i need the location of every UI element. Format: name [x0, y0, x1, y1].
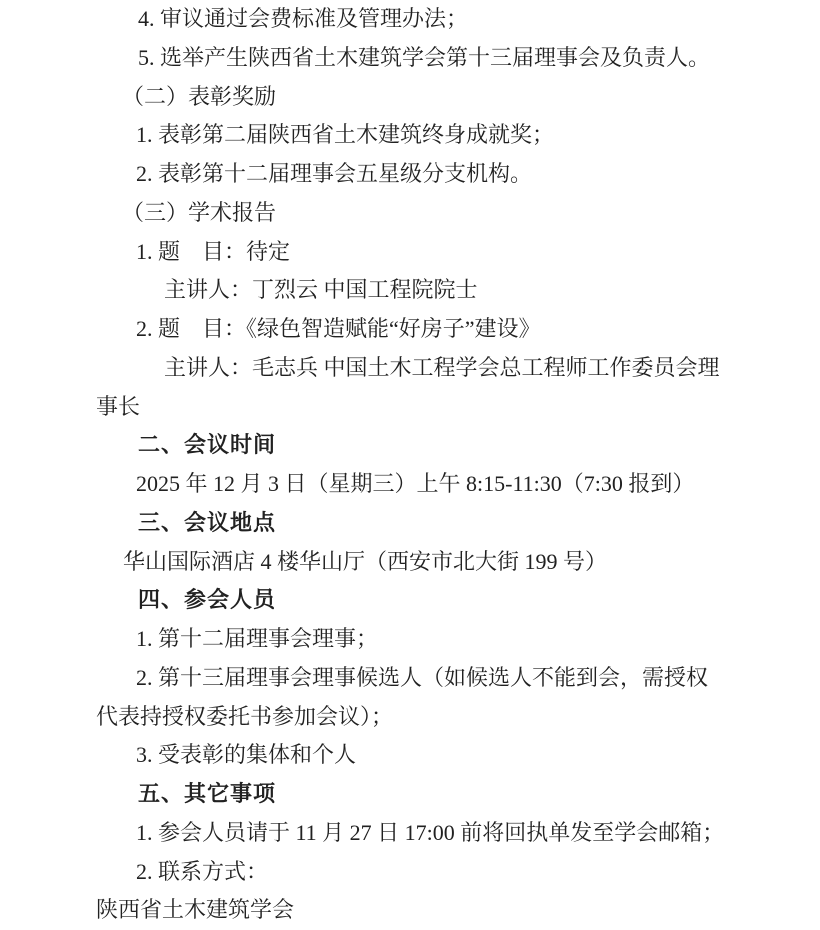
document-line: 主讲人：毛志兵 中国土木工程学会总工程师工作委员会理 [96, 349, 760, 388]
document-line: 1. 第十二届理事会理事； [96, 620, 760, 659]
document-line: 陕西省土木建筑学会 [96, 891, 760, 930]
document-line: 3. 受表彰的集体和个人 [96, 736, 760, 775]
document-line: 1. 参会人员请于 11 月 27 日 17:00 前将回执单发至学会邮箱； [96, 814, 760, 853]
document-line: 华山国际酒店 4 楼华山厅（西安市北大街 199 号） [96, 543, 760, 582]
document-line: 代表持授权委托书参加会议）； [96, 698, 760, 737]
document-line: （三）学术报告 [96, 194, 760, 233]
document-line: 2. 联系方式： [96, 853, 760, 892]
document-line: 2. 表彰第十二届理事会五星级分支机构。 [96, 155, 760, 194]
document-line: 三、会议地点 [96, 504, 760, 543]
document-line: 主讲人：丁烈云 中国工程院院士 [96, 271, 760, 310]
document-line: 1. 表彰第二届陕西省土木建筑终身成就奖； [96, 116, 760, 155]
document-line: 事长 [96, 388, 760, 427]
document-line: 5. 选举产生陕西省土木建筑学会第十三届理事会及负责人。 [96, 39, 760, 78]
document-page: 4. 审议通过会费标准及管理办法；5. 选举产生陕西省土木建筑学会第十三届理事会… [0, 0, 820, 930]
document-line: 2025 年 12 月 3 日（星期三）上午 8:15-11:30（7:30 报… [96, 465, 760, 504]
document-line: 1. 题 目：待定 [96, 233, 760, 272]
document-content: 4. 审议通过会费标准及管理办法；5. 选举产生陕西省土木建筑学会第十三届理事会… [0, 0, 820, 930]
document-line: 2. 第十三届理事会理事候选人（如候选人不能到会，需授权 [96, 659, 760, 698]
document-line: 四、参会人员 [96, 581, 760, 620]
document-line: 4. 审议通过会费标准及管理办法； [96, 0, 760, 39]
document-line: （二）表彰奖励 [96, 78, 760, 117]
document-line: 2. 题 目：《绿色智造赋能“好房子”建设》 [96, 310, 760, 349]
document-line: 二、会议时间 [96, 426, 760, 465]
document-line: 五、其它事项 [96, 775, 760, 814]
